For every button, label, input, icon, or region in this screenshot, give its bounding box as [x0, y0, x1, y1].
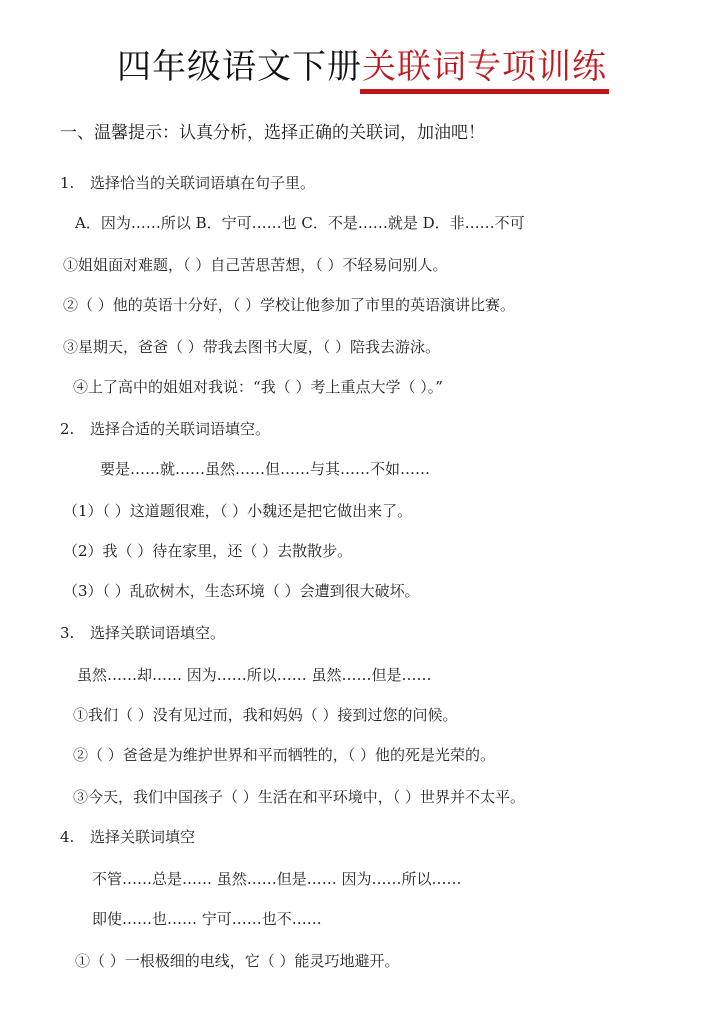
section-4-instruction: 4.选择关联词填空 — [60, 826, 195, 848]
title-underline — [360, 89, 609, 94]
question-item: ③今天，我们中国孩子（ ）生活在和平环境中，（ ）世界并不太平。 — [73, 786, 525, 808]
section-1-options: A．因为……所以 B．宁可……也 C．不是……就是 D．非……不可 — [75, 212, 525, 234]
title-prefix: 四年级语文下册 — [117, 47, 362, 87]
title-highlight: 关联词专项训练 — [362, 44, 607, 90]
instruction-text: 选择合适的关联词语填空。 — [90, 420, 270, 438]
instruction-text: 选择恰当的关联词语填在句子里。 — [90, 174, 315, 192]
section-2-instruction: 2.选择合适的关联词语填空。 — [60, 418, 270, 440]
section-number: 3. — [60, 622, 90, 644]
question-item: ③星期天，爸爸（ ）带我去图书大厦，（ ）陪我去游泳。 — [63, 336, 440, 358]
section-number: 1. — [60, 172, 90, 194]
question-item: ④上了高中的姐姐对我说：“我（ ）考上重点大学（ ）。” — [73, 376, 443, 398]
section-4-options-row-2: 即使……也…… 宁可……也不…… — [92, 908, 322, 930]
section-2-options: 要是……就……虽然……但……与其……不如…… — [100, 458, 430, 480]
question-item: ①姐姐面对难题，（ ）自己苦思苦想，（ ）不轻易问别人。 — [63, 254, 448, 276]
intro-heading: 一、温馨提示：认真分析，选择正确的关联词，加油吧！ — [60, 122, 485, 144]
document-title: 四年级语文下册关联词专项训练 — [0, 44, 724, 90]
title-highlight-text: 关联词专项训练 — [362, 47, 607, 87]
question-item: ②（ ）他的英语十分好，（ ）学校让他参加了市里的英语演讲比赛。 — [63, 294, 515, 316]
section-number: 2. — [60, 418, 90, 440]
question-item: ①我们（ ）没有见过而，我和妈妈（ ）接到过您的问候。 — [73, 704, 458, 726]
question-item: ②（ ）爸爸是为维护世界和平而牺牲的，（ ）他的死是光荣的。 — [73, 744, 495, 766]
instruction-text: 选择关联词语填空。 — [90, 624, 225, 642]
question-item: ①（ ）一根极细的电线，它（ ）能灵巧地避开。 — [75, 950, 400, 972]
instruction-text: 选择关联词填空 — [90, 828, 195, 846]
section-3-options: 虽然……却…… 因为……所以…… 虽然……但是…… — [77, 664, 432, 686]
section-3-instruction: 3.选择关联词语填空。 — [60, 622, 225, 644]
question-item: （1）（ ）这道题很难，（ ）小魏还是把它做出来了。 — [63, 500, 412, 522]
question-item: （3）（ ）乱砍树木，生态环境（ ）会遭到很大破坏。 — [63, 580, 420, 602]
question-item: （2）我（ ）待在家里，还（ ）去散散步。 — [63, 540, 352, 562]
section-number: 4. — [60, 826, 90, 848]
section-4-options-row-1: 不管……总是…… 虽然……但是…… 因为……所以…… — [92, 868, 462, 890]
section-1-instruction: 1.选择恰当的关联词语填在句子里。 — [60, 172, 315, 194]
